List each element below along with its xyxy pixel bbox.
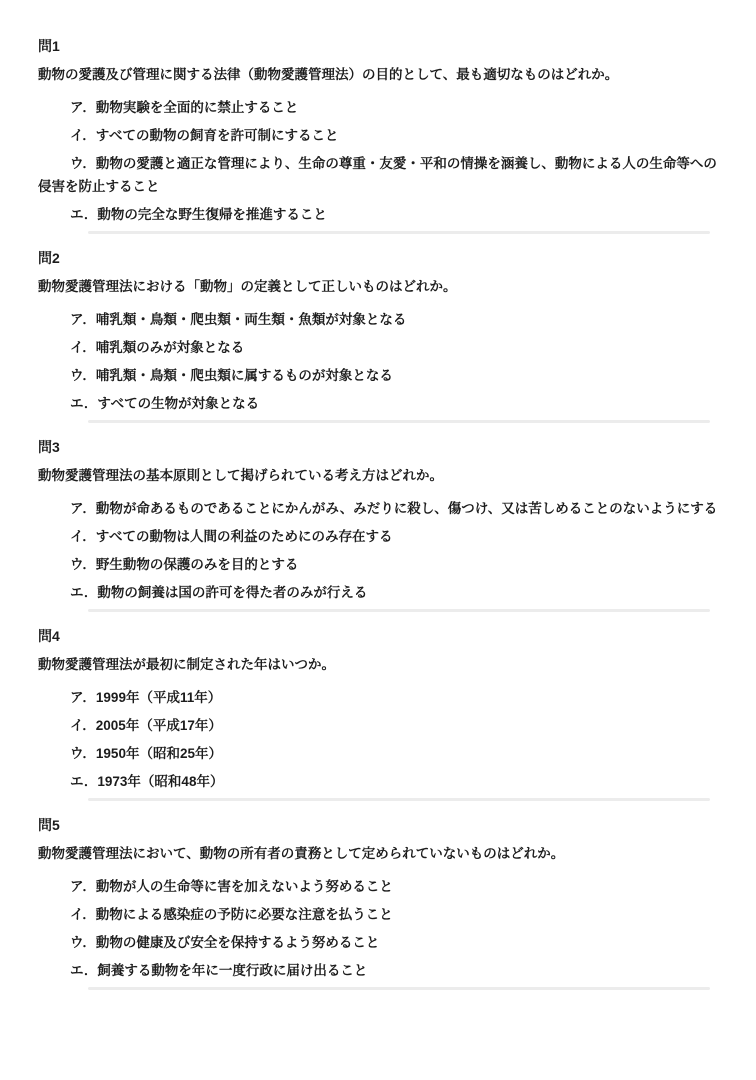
question-5: 問5 動物愛護管理法において、動物の所有者の責務として定められていないものはどれ… xyxy=(38,801,730,990)
question-stem: 動物愛護管理法において、動物の所有者の責務として定められていないものはどれか。 xyxy=(38,842,730,865)
option-list: ア．動物実験を全面的に禁止すること イ．すべての動物の飼育を許可制にすること ウ… xyxy=(38,96,730,226)
option-e: エ．動物の飼養は国の許可を得た者のみが行える xyxy=(38,581,730,604)
question-number: 問1 xyxy=(38,36,730,56)
question-stem: 動物愛護管理法における「動物」の定義として正しいものはどれか。 xyxy=(38,275,730,298)
question-number: 問3 xyxy=(38,437,730,457)
option-a: ア．動物が人の生命等に害を加えないよう努めること xyxy=(38,875,730,898)
question-stem: 動物の愛護及び管理に関する法律（動物愛護管理法）の目的として、最も適切なものはど… xyxy=(38,63,730,86)
option-a: ア．動物実験を全面的に禁止すること xyxy=(38,96,730,119)
option-list: ア．1999年（平成11年） イ．2005年（平成17年） ウ．1950年（昭和… xyxy=(38,686,730,793)
question-stem: 動物愛護管理法が最初に制定された年はいつか。 xyxy=(38,653,730,676)
question-number: 問4 xyxy=(38,626,730,646)
option-list: ア．動物が人の生命等に害を加えないよう努めること イ．動物による感染症の予防に必… xyxy=(38,875,730,982)
question-number: 問2 xyxy=(38,248,730,268)
question-3: 問3 動物愛護管理法の基本原則として掲げられている考え方はどれか。 ア．動物が命… xyxy=(38,423,730,612)
option-i: イ．哺乳類のみが対象となる xyxy=(38,336,730,359)
option-a: ア．哺乳類・鳥類・爬虫類・両生類・魚類が対象となる xyxy=(38,308,730,331)
option-e: エ．動物の完全な野生復帰を推進すること xyxy=(38,203,730,226)
option-u: ウ．動物の健康及び安全を保持するよう努めること xyxy=(38,931,730,954)
option-e: エ．1973年（昭和48年） xyxy=(38,770,730,793)
section-divider xyxy=(88,987,710,990)
option-list: ア．動物が命あるものであることにかんがみ、みだりに殺し、傷つけ、又は苦しめること… xyxy=(38,497,730,604)
question-1: 問1 動物の愛護及び管理に関する法律（動物愛護管理法）の目的として、最も適切なも… xyxy=(38,22,730,234)
option-e: エ．飼養する動物を年に一度行政に届け出ること xyxy=(38,959,730,982)
option-i: イ．動物による感染症の予防に必要な注意を払うこと xyxy=(38,903,730,926)
option-i: イ．すべての動物の飼育を許可制にすること xyxy=(38,124,730,147)
option-u: ウ．動物の愛護と適正な管理により、生命の尊重・友愛・平和の情操を涵養し、動物によ… xyxy=(38,152,730,198)
quiz-page: 問1 動物の愛護及び管理に関する法律（動物愛護管理法）の目的として、最も適切なも… xyxy=(0,0,756,990)
question-number: 問5 xyxy=(38,815,730,835)
option-u: ウ．哺乳類・鳥類・爬虫類に属するものが対象となる xyxy=(38,364,730,387)
question-4: 問4 動物愛護管理法が最初に制定された年はいつか。 ア．1999年（平成11年）… xyxy=(38,612,730,801)
question-stem: 動物愛護管理法の基本原則として掲げられている考え方はどれか。 xyxy=(38,464,730,487)
option-a: ア．動物が命あるものであることにかんがみ、みだりに殺し、傷つけ、又は苦しめること… xyxy=(38,497,730,520)
option-u: ウ．1950年（昭和25年） xyxy=(38,742,730,765)
option-e: エ．すべての生物が対象となる xyxy=(38,392,730,415)
option-list: ア．哺乳類・鳥類・爬虫類・両生類・魚類が対象となる イ．哺乳類のみが対象となる … xyxy=(38,308,730,415)
option-u: ウ．野生動物の保護のみを目的とする xyxy=(38,553,730,576)
option-i: イ．2005年（平成17年） xyxy=(38,714,730,737)
option-i: イ．すべての動物は人間の利益のためにのみ存在する xyxy=(38,525,730,548)
option-a: ア．1999年（平成11年） xyxy=(38,686,730,709)
question-2: 問2 動物愛護管理法における「動物」の定義として正しいものはどれか。 ア．哺乳類… xyxy=(38,234,730,423)
